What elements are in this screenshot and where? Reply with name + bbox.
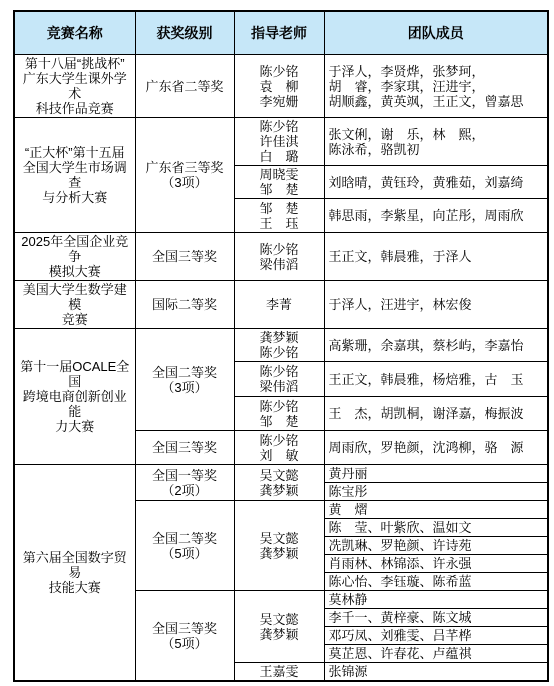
team-members-cell: 韩思雨，李紫星，向芷彤，周雨欣 <box>324 199 548 233</box>
column-header-advisor: 指导老师 <box>234 11 324 55</box>
table-row: 第十八届“挑战杯” 广东大学生课外学术 科技作品竞赛广东省二等奖陈少铭 袁 柳 … <box>14 55 548 118</box>
table-row: “正大杯”第十五届 全国大学生市场调查 与分析大赛广东省三等奖 （3项）陈少铭 … <box>14 118 548 166</box>
team-members-cell: 陈心怡、李钰璇、陈希蓝 <box>324 573 548 591</box>
award-level-cell: 全国二等奖 （3项） <box>135 329 234 431</box>
award-level-cell: 广东省二等奖 <box>135 55 234 118</box>
advisor-cell: 陈少铭 许佳淇 白 璐 <box>234 118 324 166</box>
awards-table: 竞赛名称 获奖级别 指导老师 团队成员 第十八届“挑战杯” 广东大学生课外学术 … <box>13 10 549 682</box>
team-members-cell: 王正文，韩晨雅，于泽人 <box>324 233 548 281</box>
competition-name-cell: 美国大学生数学建模 竞赛 <box>14 281 135 329</box>
advisor-cell: 龚梦颖 陈少铭 <box>234 329 324 362</box>
team-members-cell: 于泽人，汪进宇，林宏俊 <box>324 281 548 329</box>
page: 竞赛名称 获奖级别 指导老师 团队成员 第十八届“挑战杯” 广东大学生课外学术 … <box>0 0 554 686</box>
team-members-cell: 莫林静 <box>324 591 548 609</box>
team-members-cell: 黄丹丽 <box>324 465 548 483</box>
column-header-team-members: 团队成员 <box>324 11 548 55</box>
awards-table-body: 第十八届“挑战杯” 广东大学生课外学术 科技作品竞赛广东省二等奖陈少铭 袁 柳 … <box>14 55 548 682</box>
team-members-cell: 张文俐，谢 乐，林 熙， 陈泳希，骆凯初 <box>324 118 548 166</box>
table-row: 2025年全国企业竞争 模拟大赛全国三等奖陈少铭 梁伟滔王正文，韩晨雅，于泽人 <box>14 233 548 281</box>
award-level-cell: 广东省三等奖 （3项） <box>135 118 234 233</box>
team-members-cell: 肖雨林、林锦添、许永强 <box>324 555 548 573</box>
competition-name-cell: “正大杯”第十五届 全国大学生市场调查 与分析大赛 <box>14 118 135 233</box>
team-members-cell: 李千一、黄梓豪、陈文城 <box>324 609 548 627</box>
team-members-cell: 高紫珊，余嘉琪，蔡杉屿，李嘉怡 <box>324 329 548 362</box>
advisor-cell: 邹 楚 王 珏 <box>234 199 324 233</box>
advisor-cell: 周晓雯 邹 楚 <box>234 166 324 199</box>
team-members-cell: 陈 莹、叶紫欣、温如文 <box>324 519 548 537</box>
award-level-cell: 全国二等奖 （5项） <box>135 501 234 591</box>
table-row: 第十一届OCALE全国 跨境电商创新创业能 力大赛全国二等奖 （3项）龚梦颖 陈… <box>14 329 548 362</box>
advisor-cell: 吴文懿 龚梦颖 <box>234 591 324 663</box>
advisor-cell: 王嘉雯 <box>234 663 324 682</box>
team-members-cell: 刘晗晴，黄钰玲，黄雅茹，刘嘉绮 <box>324 166 548 199</box>
award-level-cell: 全国三等奖 <box>135 431 234 465</box>
advisor-cell: 吴文懿 龚梦颖 <box>234 501 324 591</box>
award-level-cell: 全国一等奖 （2项） <box>135 465 234 501</box>
team-members-cell: 王正文，韩晨雅，杨焙雅，古 玉 <box>324 362 548 397</box>
competition-name-cell: 2025年全国企业竞争 模拟大赛 <box>14 233 135 281</box>
team-members-cell: 周雨欣，罗艳颜，沈鸿柳，骆 源 <box>324 431 548 465</box>
advisor-cell: 陈少铭 刘 敏 <box>234 431 324 465</box>
team-members-cell: 张锦源 <box>324 663 548 682</box>
award-level-cell: 全国三等奖 <box>135 233 234 281</box>
advisor-cell: 吴文懿 龚梦颖 <box>234 465 324 501</box>
advisor-cell: 陈少铭 梁伟滔 <box>234 233 324 281</box>
competition-name-cell: 第六届全国数字贸易 技能大赛 <box>14 465 135 682</box>
competition-name-cell: 第十一届OCALE全国 跨境电商创新创业能 力大赛 <box>14 329 135 465</box>
header-row: 竞赛名称 获奖级别 指导老师 团队成员 <box>14 11 548 55</box>
team-members-cell: 冼凯琳、罗艳颜、许诗苑 <box>324 537 548 555</box>
team-members-cell: 于泽人，李贤烨，张梦珂， 胡 睿，李家琪，汪进宇， 胡顺鑫，黄英飒，王正文，曾嘉… <box>324 55 548 118</box>
team-members-cell: 陈宝彤 <box>324 483 548 501</box>
advisor-cell: 李菁 <box>234 281 324 329</box>
award-level-cell: 全国三等奖 （5项） <box>135 591 234 682</box>
competition-name-cell: 第十八届“挑战杯” 广东大学生课外学术 科技作品竞赛 <box>14 55 135 118</box>
advisor-cell: 陈少铭 邹 楚 <box>234 397 324 431</box>
award-level-cell: 国际二等奖 <box>135 281 234 329</box>
column-header-competition-name: 竞赛名称 <box>14 11 135 55</box>
table-row: 第六届全国数字贸易 技能大赛全国一等奖 （2项）吴文懿 龚梦颖黄丹丽 <box>14 465 548 483</box>
column-header-award-level: 获奖级别 <box>135 11 234 55</box>
team-members-cell: 黄 熠 <box>324 501 548 519</box>
advisor-cell: 陈少铭 梁伟滔 <box>234 362 324 397</box>
table-row: 美国大学生数学建模 竞赛国际二等奖李菁于泽人，汪进宇，林宏俊 <box>14 281 548 329</box>
team-members-cell: 莫芷恩、许春花、卢蕴祺 <box>324 645 548 663</box>
advisor-cell: 陈少铭 袁 柳 李宛姗 <box>234 55 324 118</box>
team-members-cell: 邓巧凤、刘雅雯、吕芊桦 <box>324 627 548 645</box>
team-members-cell: 王 杰，胡凯桐，谢泽嘉，梅振波 <box>324 397 548 431</box>
